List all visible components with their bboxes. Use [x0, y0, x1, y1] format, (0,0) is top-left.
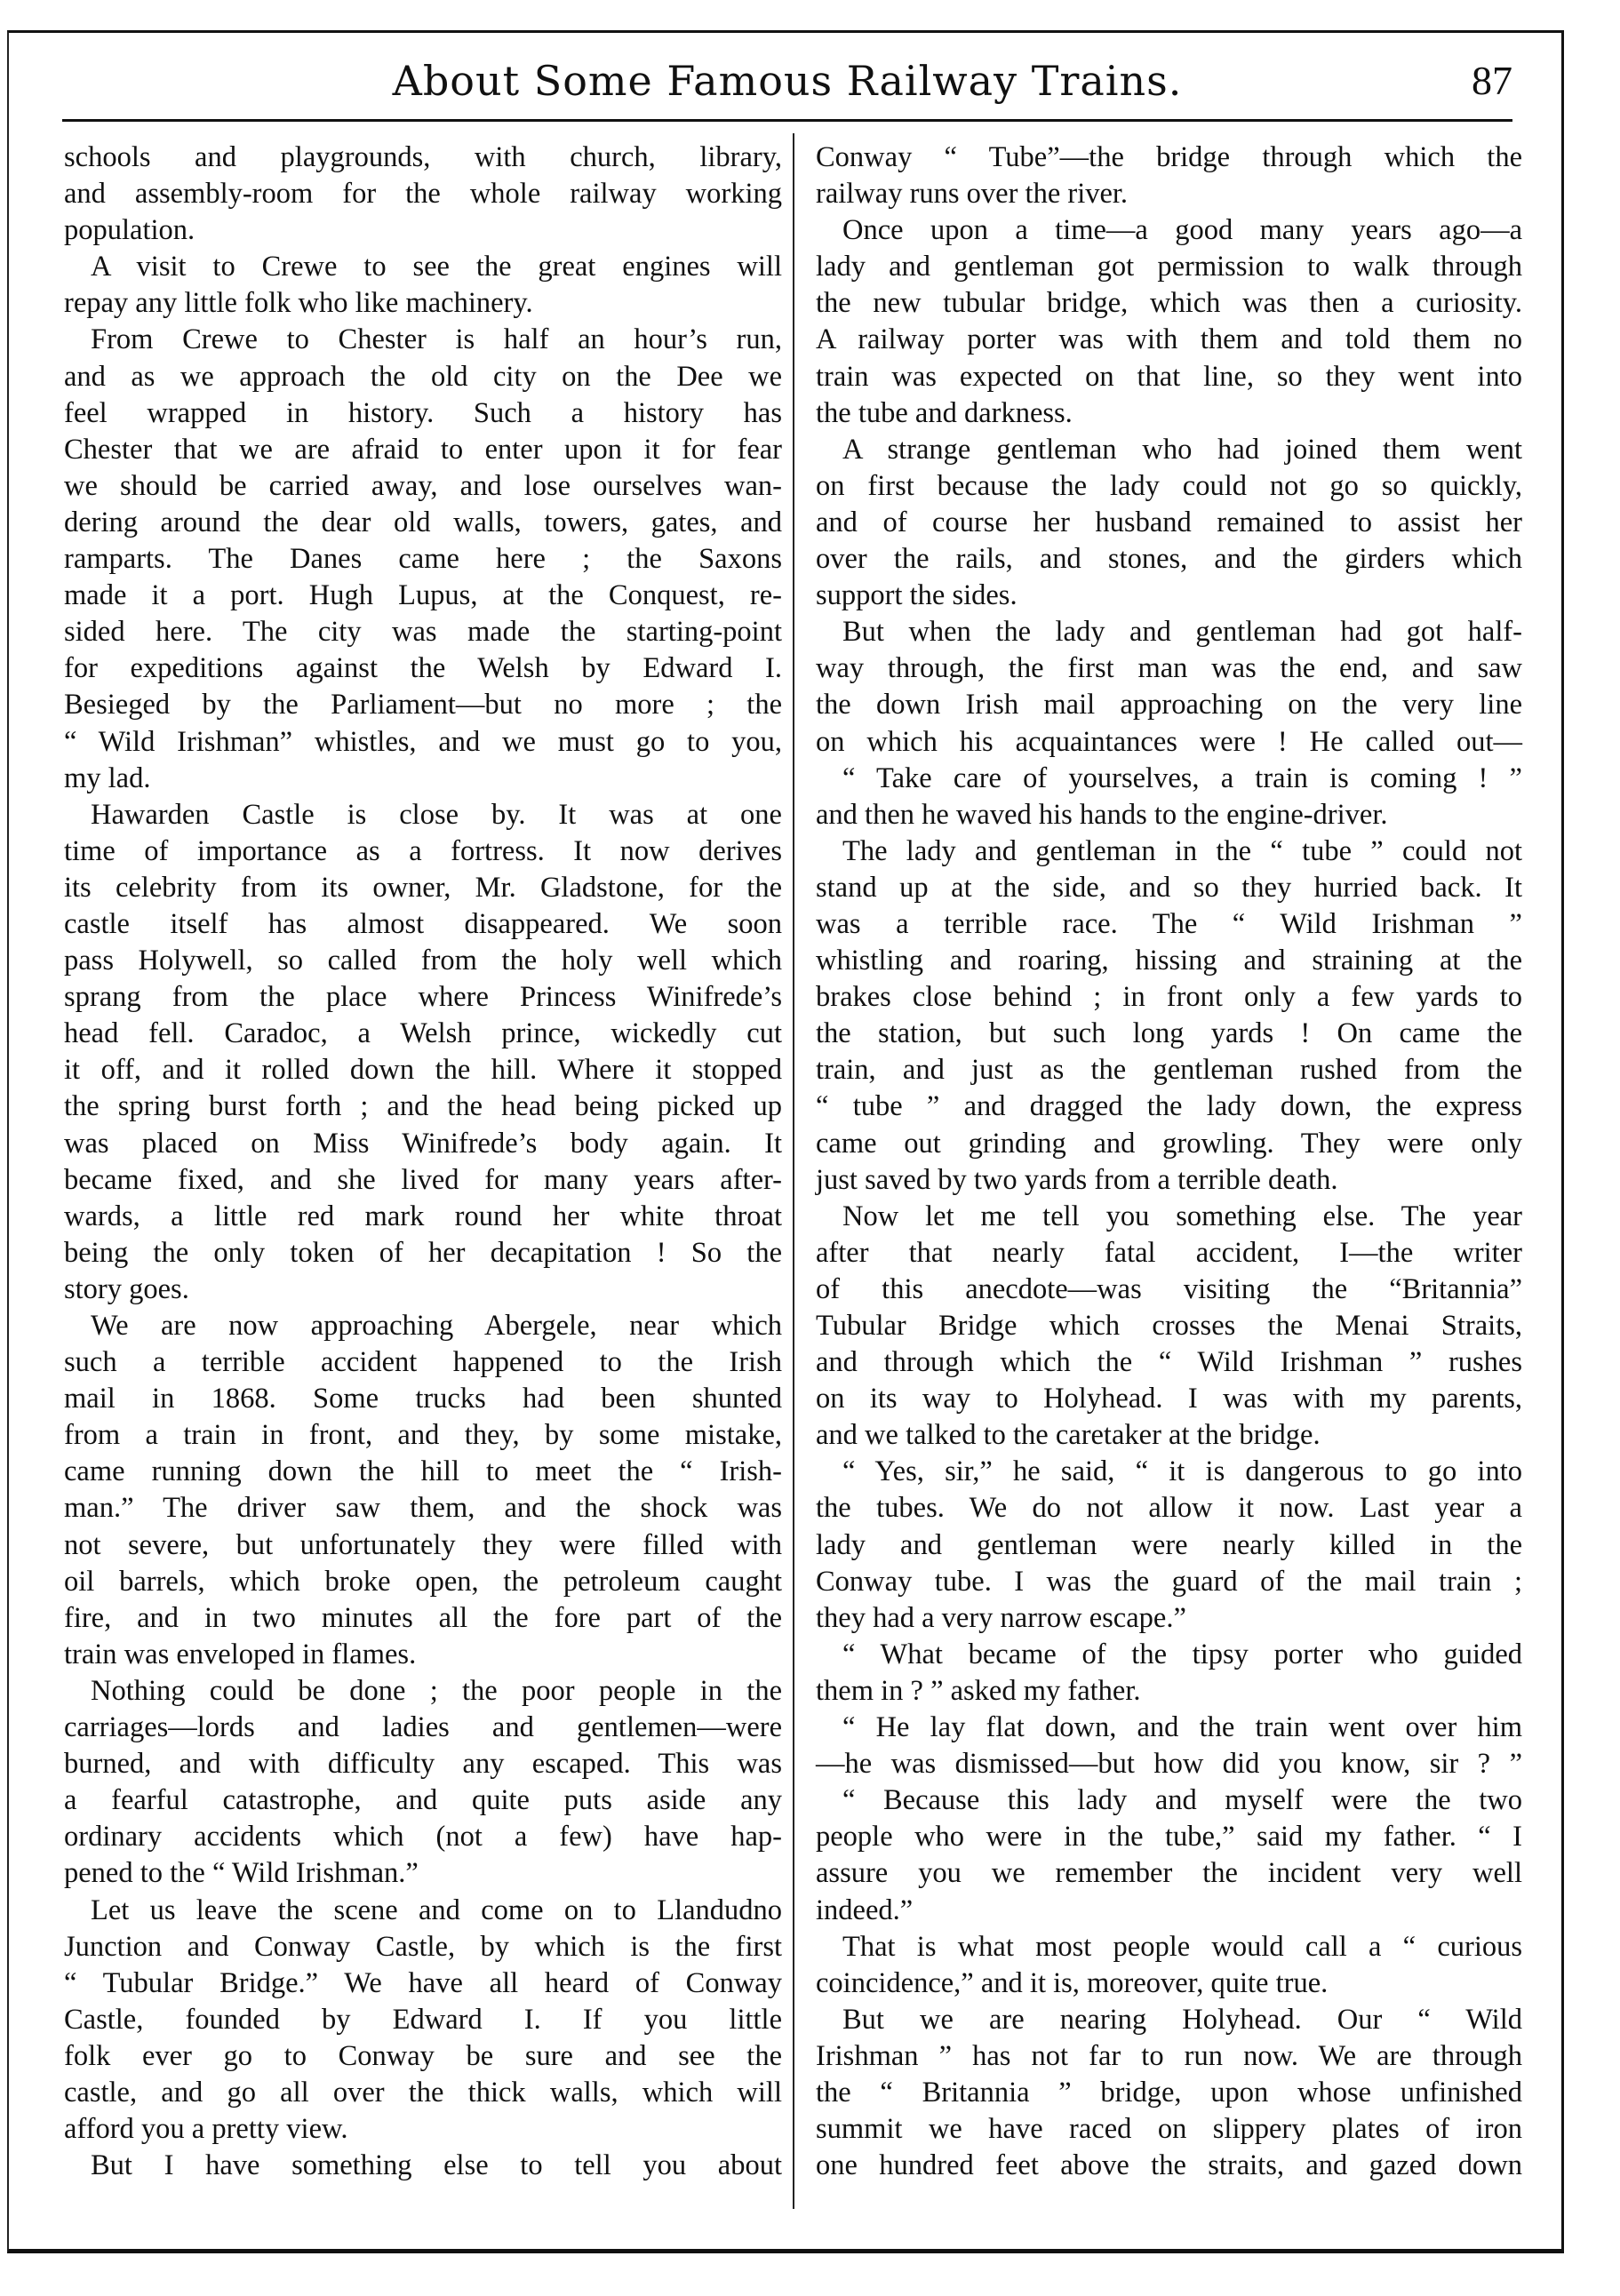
- text-line: Let us leave the scene and come on to Ll…: [64, 1893, 782, 1929]
- text-line: “ Because this lady and myself were the …: [816, 1782, 1522, 1819]
- text-line: castle itself has almost disappeared. We…: [64, 906, 782, 943]
- text-line: it off, and it rolled down the hill. Whe…: [64, 1052, 782, 1088]
- text-line: and we talked to the caretaker at the br…: [816, 1417, 1522, 1454]
- text-line: castle, and go all over the thick walls,…: [64, 2075, 782, 2111]
- text-line: But I have something else to tell you ab…: [64, 2148, 782, 2184]
- text-line: head fell. Caradoc, a Welsh prince, wick…: [64, 1016, 782, 1052]
- text-line: lady and gentleman got permission to wal…: [816, 249, 1522, 285]
- text-line: from a train in front, and they, by some…: [64, 1417, 782, 1454]
- text-line: on its way to Holyhead. I was with my pa…: [816, 1381, 1522, 1417]
- text-line: train, and just as the gentleman rushed …: [816, 1052, 1522, 1088]
- text-line: “ tube ” and dragged the lady down, the …: [816, 1088, 1522, 1125]
- text-line: being the only token of her decapitation…: [64, 1235, 782, 1272]
- text-line: A strange gentleman who had joined them …: [816, 432, 1522, 468]
- text-line: and as we approach the old city on the D…: [64, 359, 782, 395]
- text-line: just saved by two yards from a terrible …: [816, 1162, 1522, 1199]
- text-line: assure you we remember the incident very…: [816, 1855, 1522, 1892]
- text-line: its celebrity from its owner, Mr. Gladst…: [64, 870, 782, 906]
- text-line: sided here. The city was made the starti…: [64, 614, 782, 650]
- text-line: such a terrible accident happened to the…: [64, 1344, 782, 1381]
- text-line: afford you a pretty view.: [64, 2111, 782, 2148]
- text-line: and then he waved his hands to the engin…: [816, 797, 1522, 833]
- text-line: made it a port. Hugh Lupus, at the Conqu…: [64, 578, 782, 614]
- text-line: on which his acquaintances were ! He cal…: [816, 724, 1522, 761]
- text-line: they had a very narrow escape.”: [816, 1600, 1522, 1637]
- text-line: feel wrapped in history. Such a history …: [64, 395, 782, 432]
- text-line: and assembly-room for the whole railway …: [64, 176, 782, 212]
- text-line: coincidence,” and it is, moreover, quite…: [816, 1965, 1522, 2002]
- text-line: train was expected on that line, so they…: [816, 359, 1522, 395]
- text-line: burned, and with difficulty any escaped.…: [64, 1746, 782, 1782]
- text-line: my lad.: [64, 761, 782, 797]
- text-line: was placed on Miss Winifrede’s body agai…: [64, 1126, 782, 1162]
- text-line: Castle, founded by Edward I. If you litt…: [64, 2002, 782, 2038]
- text-line: “ Tubular Bridge.” We have all heard of …: [64, 1965, 782, 2002]
- text-line: came out grinding and growling. They wer…: [816, 1126, 1522, 1162]
- text-line: was a terrible race. The “ Wild Irishman…: [816, 906, 1522, 943]
- text-line: people who were in the tube,” said my fa…: [816, 1819, 1522, 1855]
- text-line: mail in 1868. Some trucks had been shunt…: [64, 1381, 782, 1417]
- text-line: But we are nearing Holyhead. Our “ Wild: [816, 2002, 1522, 2038]
- text-line: Conway “ Tube”—the bridge through which …: [816, 140, 1522, 176]
- text-line: Junction and Conway Castle, by which is …: [64, 1929, 782, 1965]
- text-line: A visit to Crewe to see the great engine…: [64, 249, 782, 285]
- page-number: 87: [1472, 57, 1512, 104]
- text-line: Irishman ” has not far to run now. We ar…: [816, 2038, 1522, 2075]
- text-line: Now let me tell you something else. The …: [816, 1199, 1522, 1235]
- text-line: time of importance as a fortress. It now…: [64, 833, 782, 870]
- text-line: Nothing could be done ; the poor people …: [64, 1673, 782, 1710]
- text-line: became fixed, and she lived for many yea…: [64, 1162, 782, 1199]
- text-line: pass Holywell, so called from the holy w…: [64, 943, 782, 979]
- text-line: the new tubular bridge, which was then a…: [816, 285, 1522, 322]
- text-line: we should be carried away, and lose ours…: [64, 468, 782, 505]
- text-line: A railway porter was with them and told …: [816, 322, 1522, 358]
- text-line: oil barrels, which broke open, the petro…: [64, 1564, 782, 1600]
- text-line: the tube and darkness.: [816, 395, 1522, 432]
- text-line: of this anecdote—was visiting the “Brita…: [816, 1272, 1522, 1308]
- text-line: the station, but such long yards ! On ca…: [816, 1016, 1522, 1052]
- text-line: the down Irish mail approaching on the v…: [816, 687, 1522, 723]
- text-line: repay any little folk who like machinery…: [64, 285, 782, 322]
- text-line: We are now approaching Abergele, near wh…: [64, 1308, 782, 1344]
- text-line: fire, and in two minutes all the fore pa…: [64, 1600, 782, 1637]
- text-line: ordinary accidents which (not a few) hav…: [64, 1819, 782, 1855]
- left-column: schools and playgrounds, with church, li…: [64, 140, 782, 2184]
- text-line: From Crewe to Chester is half an hour’s …: [64, 322, 782, 358]
- text-line: Chester that we are afraid to enter upon…: [64, 432, 782, 468]
- text-line: one hundred feet above the straits, and …: [816, 2148, 1522, 2184]
- text-line: “ He lay flat down, and the train went o…: [816, 1710, 1522, 1746]
- text-line: the spring burst forth ; and the head be…: [64, 1088, 782, 1125]
- text-line: carriages—lords and ladies and gentlemen…: [64, 1710, 782, 1746]
- text-line: wards, a little red mark round her white…: [64, 1199, 782, 1235]
- text-line: them in ? ” asked my father.: [816, 1673, 1522, 1710]
- text-line: pened to the “ Wild Irishman.”: [64, 1855, 782, 1892]
- text-line: lady and gentleman were nearly killed in…: [816, 1527, 1522, 1564]
- text-line: But when the lady and gentleman had got …: [816, 614, 1522, 650]
- text-line: story goes.: [64, 1272, 782, 1308]
- text-line: “ Yes, sir,” he said, “ it is dangerous …: [816, 1454, 1522, 1490]
- text-line: brakes close behind ; in front only a fe…: [816, 979, 1522, 1016]
- text-line: came running down the hill to meet the “…: [64, 1454, 782, 1490]
- text-line: “ Wild Irishman” whistles, and we must g…: [64, 724, 782, 761]
- text-line: and through which the “ Wild Irishman ” …: [816, 1344, 1522, 1381]
- text-line: not severe, but unfortunately they were …: [64, 1527, 782, 1564]
- text-line: Conway tube. I was the guard of the mail…: [816, 1564, 1522, 1600]
- text-line: indeed.”: [816, 1893, 1522, 1929]
- text-line: sprang from the place where Princess Win…: [64, 979, 782, 1016]
- text-line: support the sides.: [816, 578, 1522, 614]
- text-line: dering around the dear old walls, towers…: [64, 505, 782, 541]
- text-line: “ Take care of yourselves, a train is co…: [816, 761, 1522, 797]
- text-line: man.” The driver saw them, and the shock…: [64, 1490, 782, 1527]
- text-line: for expeditions against the Welsh by Edw…: [64, 650, 782, 687]
- text-line: way through, the first man was the end, …: [816, 650, 1522, 687]
- text-line: stand up at the side, and so they hurrie…: [816, 870, 1522, 906]
- text-line: —he was dismissed—but how did you know, …: [816, 1746, 1522, 1782]
- page-title: About Some Famous Railway Trains.: [62, 57, 1512, 105]
- text-line: summit we have raced on slippery plates …: [816, 2111, 1522, 2148]
- text-line: The lady and gentleman in the “ tube ” c…: [816, 833, 1522, 870]
- text-line: Hawarden Castle is close by. It was at o…: [64, 797, 782, 833]
- text-line: whistling and roaring, hissing and strai…: [816, 943, 1522, 979]
- text-line: on first because the lady could not go s…: [816, 468, 1522, 505]
- text-line: That is what most people would call a “ …: [816, 1929, 1522, 1965]
- text-line: “ What became of the tipsy porter who gu…: [816, 1637, 1522, 1673]
- text-line: over the rails, and stones, and the gird…: [816, 541, 1522, 578]
- text-line: schools and playgrounds, with church, li…: [64, 140, 782, 176]
- text-line: train was enveloped in flames.: [64, 1637, 782, 1673]
- text-line: the tubes. We do not allow it now. Last …: [816, 1490, 1522, 1527]
- text-line: Once upon a time—a good many years ago—a: [816, 212, 1522, 249]
- text-line: Besieged by the Parliament—but no more ;…: [64, 687, 782, 723]
- right-column: Conway “ Tube”—the bridge through which …: [816, 140, 1522, 2184]
- text-line: the “ Britannia ” bridge, upon whose unf…: [816, 2075, 1522, 2111]
- text-line: ramparts. The Danes came here ; the Saxo…: [64, 541, 782, 578]
- running-header: About Some Famous Railway Trains. 87: [62, 52, 1512, 122]
- text-line: a fearful catastrophe, and quite puts as…: [64, 1782, 782, 1819]
- text-line: population.: [64, 212, 782, 249]
- text-line: and of course her husband remained to as…: [816, 505, 1522, 541]
- text-line: after that nearly fatal accident, I—the …: [816, 1235, 1522, 1272]
- text-line: railway runs over the river.: [816, 176, 1522, 212]
- column-divider: [793, 133, 794, 2209]
- text-line: folk ever go to Conway be sure and see t…: [64, 2038, 782, 2075]
- text-line: Tubular Bridge which crosses the Menai S…: [816, 1308, 1522, 1344]
